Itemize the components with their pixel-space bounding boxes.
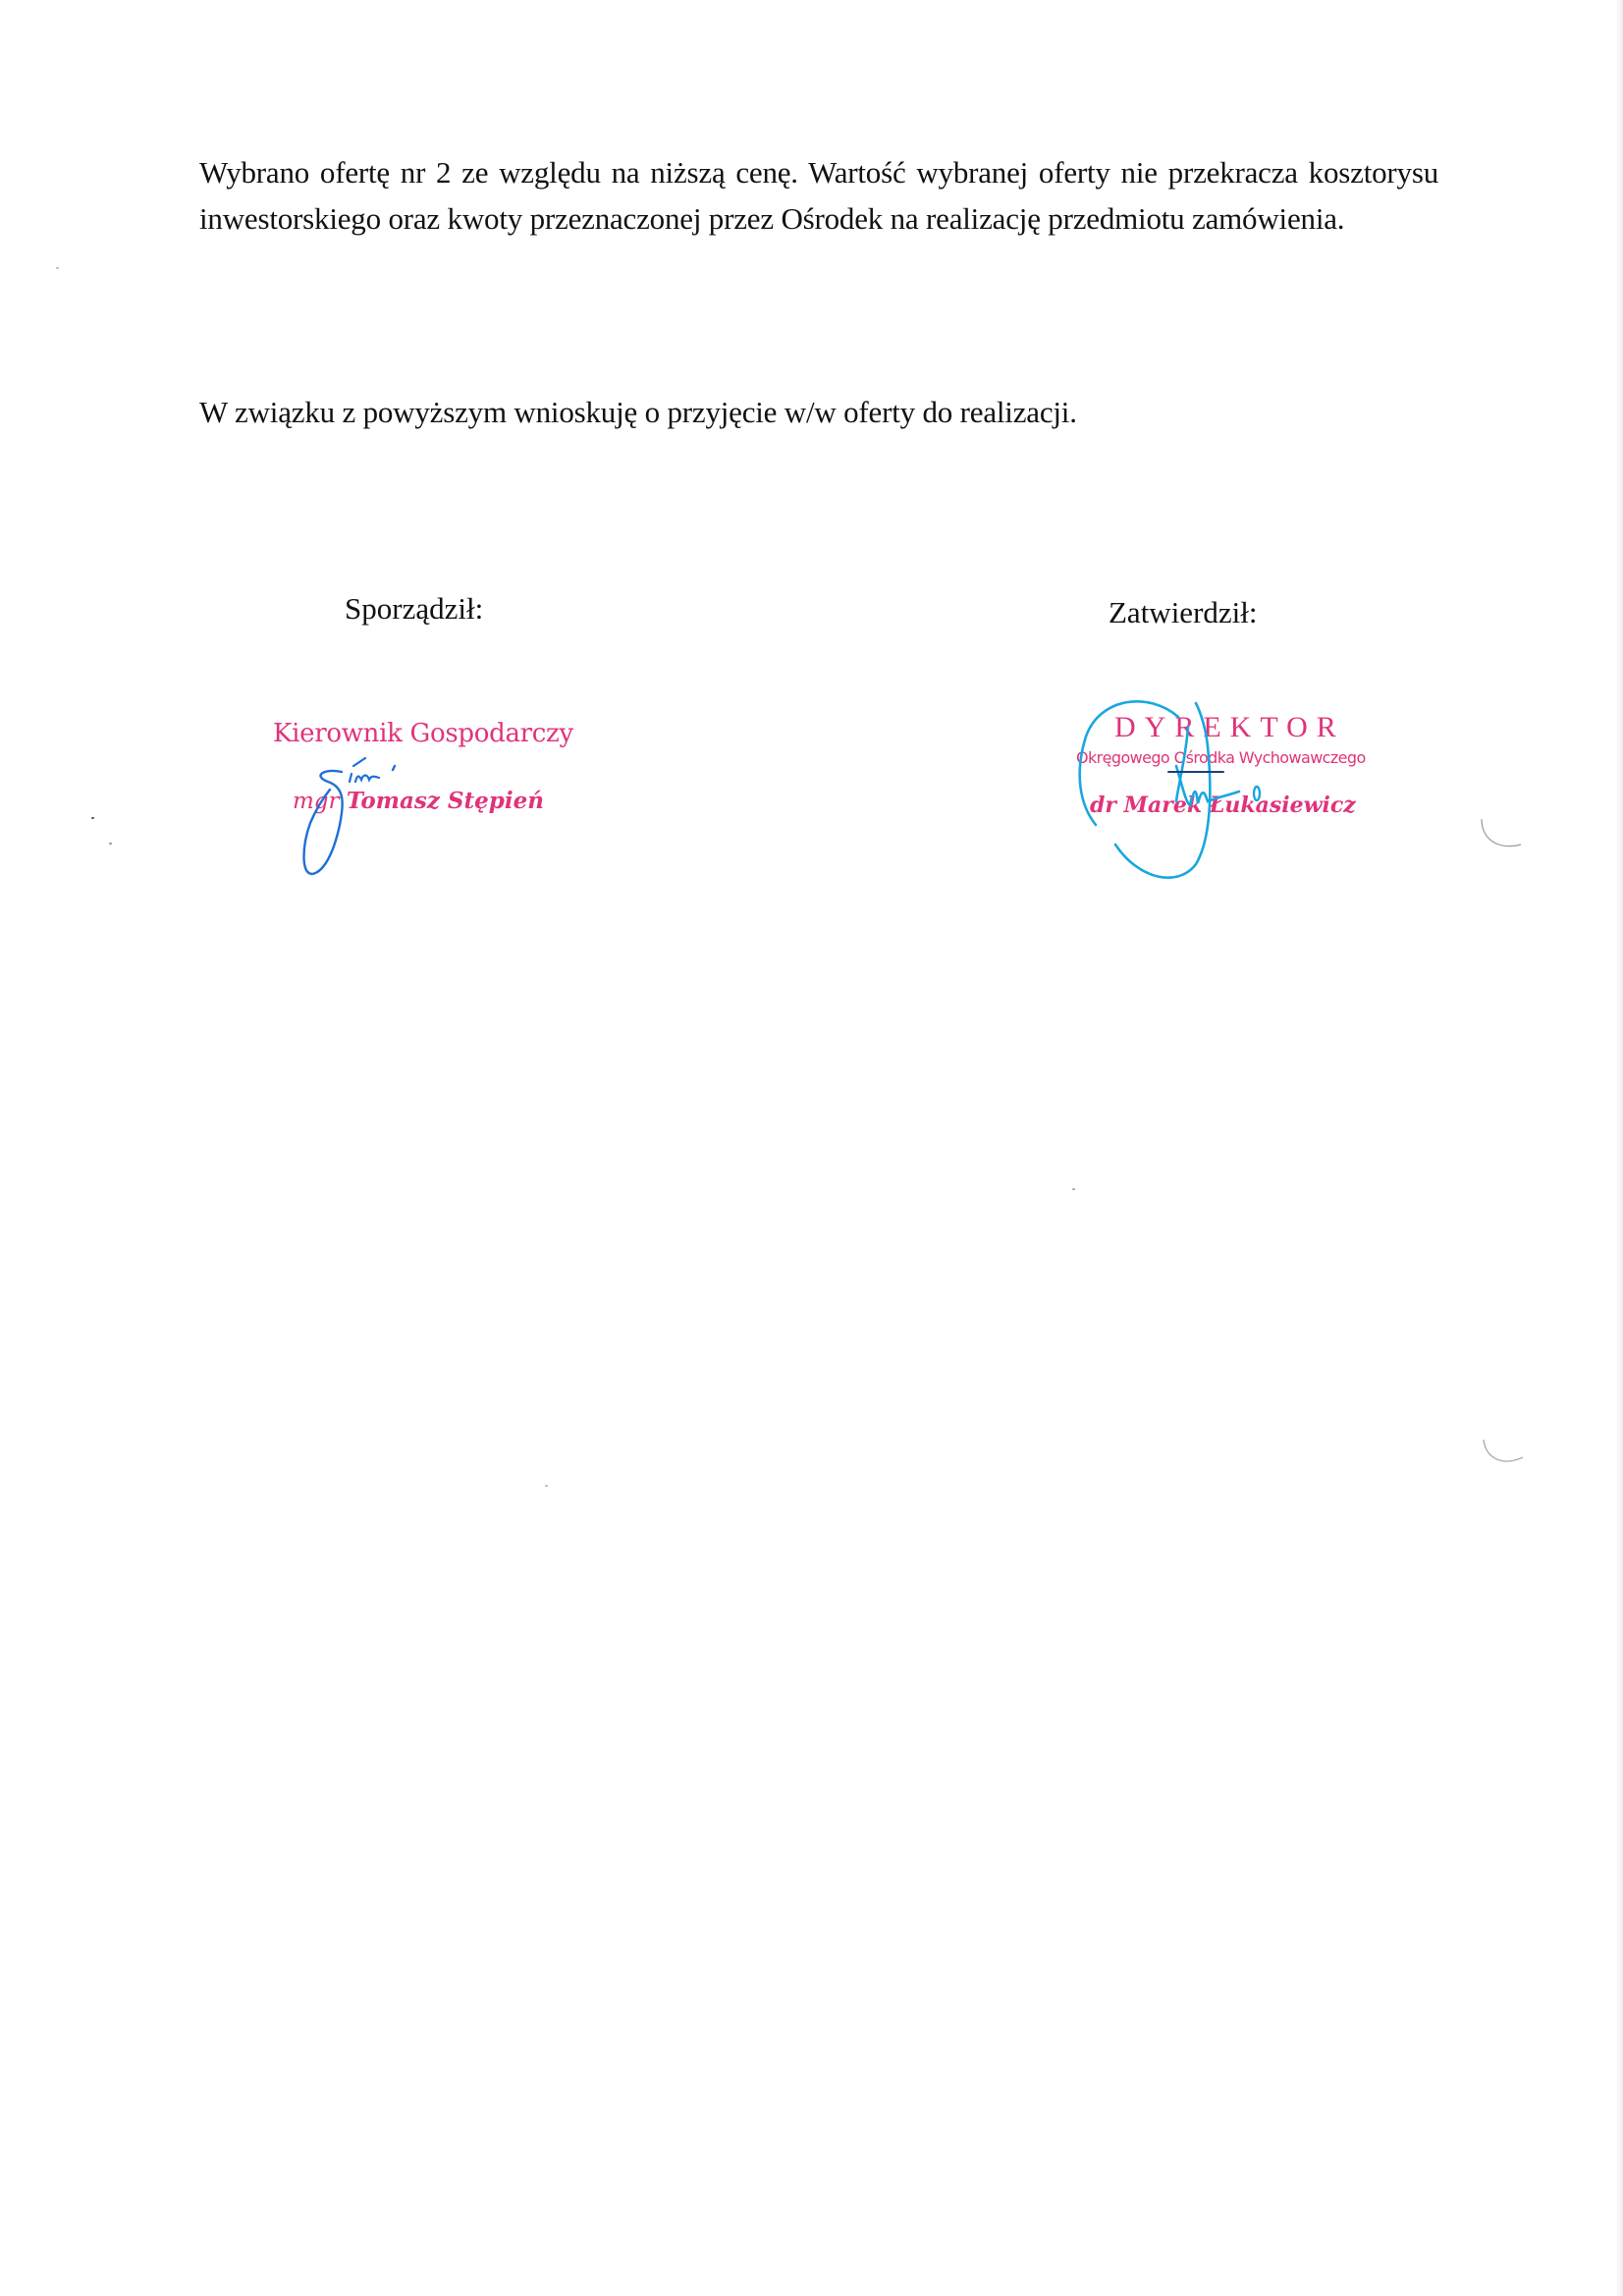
scan-speck <box>91 817 94 819</box>
stamp-right-title: DYREKTOR <box>1114 711 1345 744</box>
approved-by-label: Zatwierdził: <box>1109 593 1258 632</box>
stamp-left-name: mgr Tomasz Stępień <box>293 788 544 814</box>
handwritten-signature-left <box>295 746 432 884</box>
paragraph-request: W związku z powyższym wnioskuję o przyję… <box>199 389 1438 435</box>
scan-speck <box>1072 1188 1075 1190</box>
scan-speck <box>56 267 59 269</box>
prepared-by-label: Sporządził: <box>345 589 483 629</box>
stamp-left-title: Kierownik Gospodarczy <box>273 719 573 748</box>
stamp-left-person: Tomasz Stępień <box>347 788 544 814</box>
scan-page-edge <box>1615 0 1623 2296</box>
scan-artifact-arc <box>1478 815 1527 854</box>
stamp-left-prefix: mgr <box>293 789 340 814</box>
scan-speck <box>545 1485 548 1487</box>
scan-speck <box>109 843 112 845</box>
stamp-right-name: dr Marek Łukasiewicz <box>1090 793 1356 818</box>
stamp-right-person: Marek Łukasiewicz <box>1124 793 1356 818</box>
scan-artifact-arc <box>1478 1434 1527 1473</box>
paragraph-offer-selection: Wybrano ofertę nr 2 ze względu na niższą… <box>199 149 1438 242</box>
stamp-right-prefix: dr <box>1090 793 1116 818</box>
stamp-right-organization: Okręgowego Ośrodka Wychowawczego <box>1076 748 1366 767</box>
